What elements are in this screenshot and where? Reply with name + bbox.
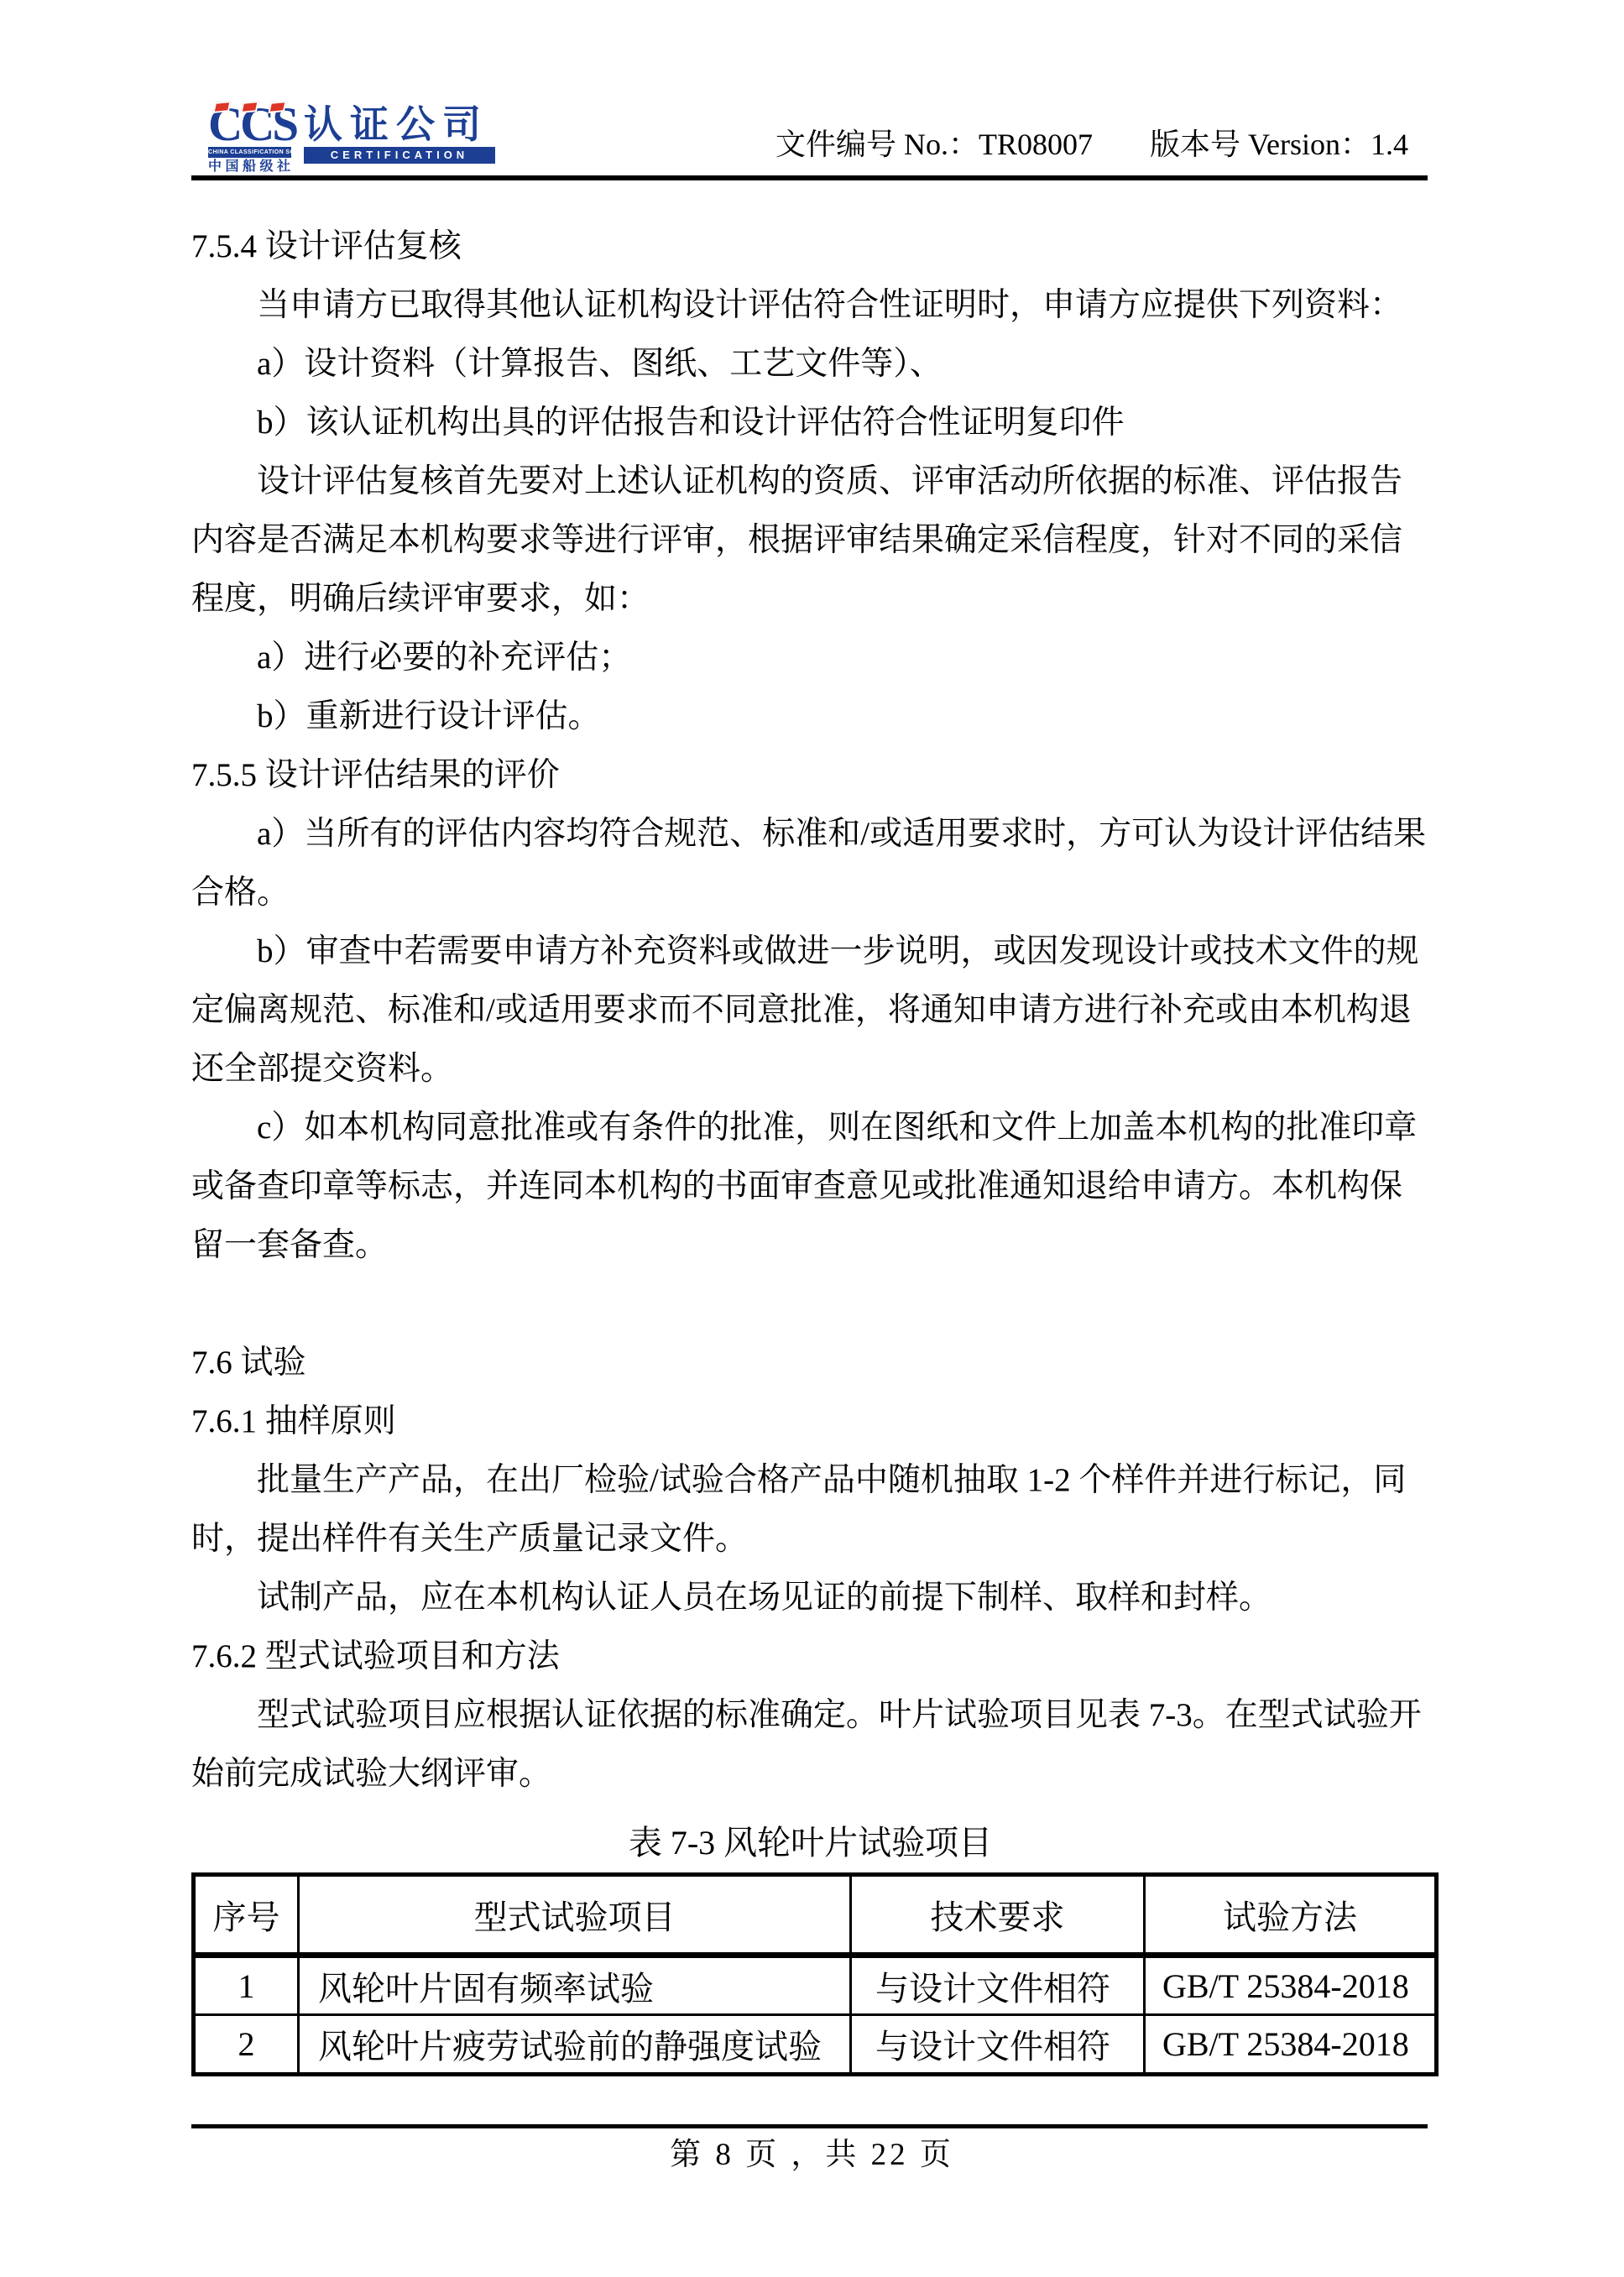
cell-index: 2 <box>194 2015 299 2075</box>
ccs-logo-right: 认证公司 CERTIFICATION <box>304 106 495 175</box>
cell-test-method: GB/T 25384-2018 <box>1145 1956 1437 2015</box>
text-line: 7.6 试验 <box>191 1334 1429 1392</box>
cell-index: 1 <box>194 1956 299 2015</box>
test-items-table: 序号 型式试验项目 技术要求 试验方法 1 风轮叶片固有频率试验 与设计文件相符 <box>191 1872 1439 2076</box>
text-line: 设计评估复核首先要对上述认证机构的资质、评审活动所依据的标准、评估报告 <box>191 452 1429 511</box>
text-line: 合格。 <box>191 864 1429 922</box>
text-line: 时，提出样件有关生产质量记录文件。 <box>191 1510 1429 1569</box>
ccs-logo: CCS CHINA CLASSIFICATION SOCIETY 中国船级社 认… <box>208 106 495 175</box>
text-line <box>191 1275 1429 1334</box>
text-line: 当申请方已取得其他认证机构设计评估符合性证明时，申请方应提供下列资料： <box>191 276 1429 335</box>
table-header-cell: 技术要求 <box>851 1875 1145 1956</box>
table-head: 序号 型式试验项目 技术要求 试验方法 <box>194 1875 1437 1956</box>
document-page: CCS CHINA CLASSIFICATION SOCIETY 中国船级社 认… <box>0 0 1624 2277</box>
ccs-red-accent-icon <box>212 101 231 113</box>
certification-banner: CERTIFICATION <box>304 147 495 164</box>
document-body: 7.5.4 设计评估复核 当申请方已取得其他认证机构设计评估符合性证明时，申请方… <box>191 217 1429 2076</box>
footer-divider-line <box>191 2124 1428 2128</box>
ccs-cn-label: 中国船级社 <box>208 159 291 175</box>
table-header-cell: 试验方法 <box>1145 1875 1437 1956</box>
ccs-red-accent-icon <box>240 101 258 113</box>
text-line: 内容是否满足本机构要求等进行评审，根据评审结果确定采信程度，针对不同的采信 <box>191 511 1429 570</box>
ccs-red-accent-icon <box>268 101 286 113</box>
text-line: 定偏离规范、标准和/或适用要求而不同意批准，将通知申请方进行补充或由本机构退 <box>191 981 1429 1040</box>
body-lines: 7.5.4 设计评估复核 当申请方已取得其他认证机构设计评估符合性证明时，申请方… <box>191 217 1429 1804</box>
text-line: 或备查印章等标志，并连同本机构的书面审查意见或批准通知退给申请方。本机构保 <box>191 1157 1429 1216</box>
table-header-cell: 型式试验项目 <box>299 1875 851 1956</box>
doc-number-label: 文件编号 No.：TR08007 <box>775 126 1093 163</box>
document-meta: 文件编号 No.：TR08007 版本号 Version：1.4 <box>775 126 1408 163</box>
certification-company-label: 认证公司 <box>304 106 495 144</box>
table-header-row: 序号 型式试验项目 技术要求 试验方法 <box>194 1875 1437 1956</box>
text-line: 批量生产产品，在出厂检验/试验合格产品中随机抽取 1-2 个样件并进行标记，同 <box>191 1451 1429 1510</box>
text-line: b）重新进行设计评估。 <box>191 687 1429 746</box>
version-label: 版本号 Version：1.4 <box>1150 126 1408 163</box>
text-line: 始前完成试验大纲评审。 <box>191 1745 1429 1804</box>
text-line: 留一套备查。 <box>191 1216 1429 1275</box>
table-title: 表 7-3 风轮叶片试验项目 <box>191 1814 1429 1872</box>
cell-test-item: 风轮叶片疲劳试验前的静强度试验 <box>299 2015 851 2075</box>
page-number-text: 第 8 页 ，共 22 页 <box>0 2133 1624 2178</box>
cell-test-method: GB/T 25384-2018 <box>1145 2015 1437 2075</box>
cell-tech-requirement: 与设计文件相符 <box>851 1956 1145 2015</box>
text-line: b）该认证机构出具的评估报告和设计评估符合性证明复印件 <box>191 394 1429 452</box>
table-body: 1 风轮叶片固有频率试验 与设计文件相符 GB/T 25384-2018 2 风… <box>194 1956 1437 2075</box>
table-header-cell: 序号 <box>194 1875 299 1956</box>
text-line: 型式试验项目应根据认证依据的标准确定。叶片试验项目见表 7-3。在型式试验开 <box>191 1686 1429 1745</box>
cell-test-item: 风轮叶片固有频率试验 <box>299 1956 851 2015</box>
text-line: b）审查中若需要申请方补充资料或做进一步说明，或因发现设计或技术文件的规 <box>191 922 1429 981</box>
text-line: 7.6.2 型式试验项目和方法 <box>191 1627 1429 1686</box>
text-line: 程度，明确后续评审要求，如： <box>191 570 1429 629</box>
ccs-logo-left: CCS CHINA CLASSIFICATION SOCIETY 中国船级社 <box>208 106 291 175</box>
text-line: 7.5.4 设计评估复核 <box>191 217 1429 276</box>
text-line: c）如本机构同意批准或有条件的批准，则在图纸和文件上加盖本机构的批准印章 <box>191 1099 1429 1157</box>
text-line: a）当所有的评估内容均符合规范、标准和/或适用要求时，方可认为设计评估结果 <box>191 805 1429 864</box>
ccs-acronym-wrap: CCS <box>208 106 291 144</box>
table-row: 1 风轮叶片固有频率试验 与设计文件相符 GB/T 25384-2018 <box>194 1956 1437 2015</box>
text-line: 还全部提交资料。 <box>191 1040 1429 1099</box>
text-line: a）进行必要的补充评估； <box>191 629 1429 687</box>
table-row: 2 风轮叶片疲劳试验前的静强度试验 与设计文件相符 GB/T 25384-201… <box>194 2015 1437 2075</box>
text-line: 7.6.1 抽样原则 <box>191 1392 1429 1451</box>
text-line: a）设计资料（计算报告、图纸、工艺文件等）、 <box>191 335 1429 394</box>
text-line: 7.5.5 设计评估结果的评价 <box>191 746 1429 805</box>
cell-tech-requirement: 与设计文件相符 <box>851 2015 1145 2075</box>
text-line: 试制产品，应在本机构认证人员在场见证的前提下制样、取样和封样。 <box>191 1569 1429 1627</box>
header-divider-line <box>191 175 1428 180</box>
